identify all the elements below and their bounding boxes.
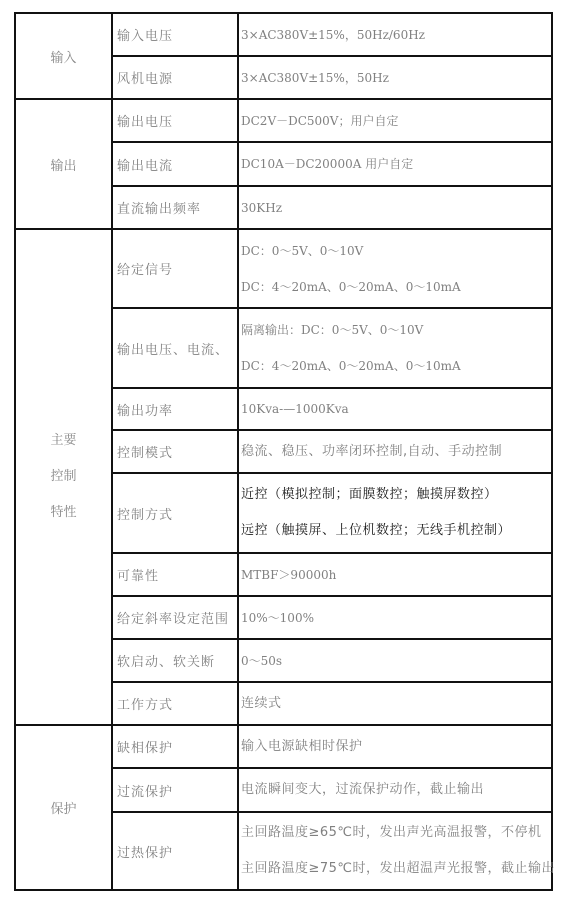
table-row: 输出 输出电压 DC2V－DC500V；用户自定 xyxy=(15,99,552,142)
group-protection: 保护 xyxy=(15,725,112,890)
param-label: 输出功率 xyxy=(112,388,238,430)
param-value: 30KHz xyxy=(238,186,552,229)
param-value: 隔离输出：DC：0～5V、0～10V DC：4～20mA、0～20mA、0～10… xyxy=(238,308,552,388)
param-value: 电流瞬间变大，过流保护动作，截止输出 xyxy=(238,768,552,812)
param-value: MTBF＞90000h xyxy=(238,553,552,596)
param-label: 输出电压、电流、 xyxy=(112,308,238,388)
param-label: 可靠性 xyxy=(112,553,238,596)
param-value: 10%～100% xyxy=(238,596,552,639)
param-label: 输出电压 xyxy=(112,99,238,142)
param-label: 给定斜率设定范围 xyxy=(112,596,238,639)
group-input: 输入 xyxy=(15,13,112,99)
group-output: 输出 xyxy=(15,99,112,229)
param-value: DC：0～5V、0～10V DC：4～20mA、0～20mA、0～10mA xyxy=(238,229,552,308)
param-value: 输入电源缺相时保护 xyxy=(238,725,552,768)
param-value: 稳流、稳压、功率闭环控制,自动、手动控制 xyxy=(238,430,552,473)
table-row: 保护 缺相保护 输入电源缺相时保护 xyxy=(15,725,552,768)
spec-table: 输入 输入电压 3×AC380V±15%，50Hz/60Hz 风机电源 3×AC… xyxy=(14,12,553,891)
param-value: DC10A－DC20000A 用户自定 xyxy=(238,142,552,186)
group-control: 主要 控制 特性 xyxy=(15,229,112,725)
table-row: 输入 输入电压 3×AC380V±15%，50Hz/60Hz xyxy=(15,13,552,56)
param-label: 控制方式 xyxy=(112,473,238,553)
param-label: 输入电压 xyxy=(112,13,238,56)
param-value: 连续式 xyxy=(238,682,552,725)
param-label: 工作方式 xyxy=(112,682,238,725)
param-value: 10Kva-—1000Kva xyxy=(238,388,552,430)
param-label: 控制模式 xyxy=(112,430,238,473)
param-label: 输出电流 xyxy=(112,142,238,186)
table-row: 主要 控制 特性 给定信号 DC：0～5V、0～10V DC：4～20mA、0～… xyxy=(15,229,552,308)
param-value: 0～50s xyxy=(238,639,552,682)
param-label: 风机电源 xyxy=(112,56,238,99)
param-label: 给定信号 xyxy=(112,229,238,308)
param-value: 3×AC380V±15%，50Hz xyxy=(238,56,552,99)
param-value: DC2V－DC500V；用户自定 xyxy=(238,99,552,142)
param-label: 缺相保护 xyxy=(112,725,238,768)
param-label: 过流保护 xyxy=(112,768,238,812)
param-label: 过热保护 xyxy=(112,812,238,890)
param-label: 软启动、软关断 xyxy=(112,639,238,682)
param-value: 近控（模拟控制；面膜数控；触摸屏数控） 远控（触摸屏、上位机数控；无线手机控制） xyxy=(238,473,552,553)
param-value: 主回路温度≥65℃时，发出声光高温报警，不停机 主回路温度≥75℃时，发出超温声… xyxy=(238,812,552,890)
param-value: 3×AC380V±15%，50Hz/60Hz xyxy=(238,13,552,56)
param-label: 直流输出频率 xyxy=(112,186,238,229)
